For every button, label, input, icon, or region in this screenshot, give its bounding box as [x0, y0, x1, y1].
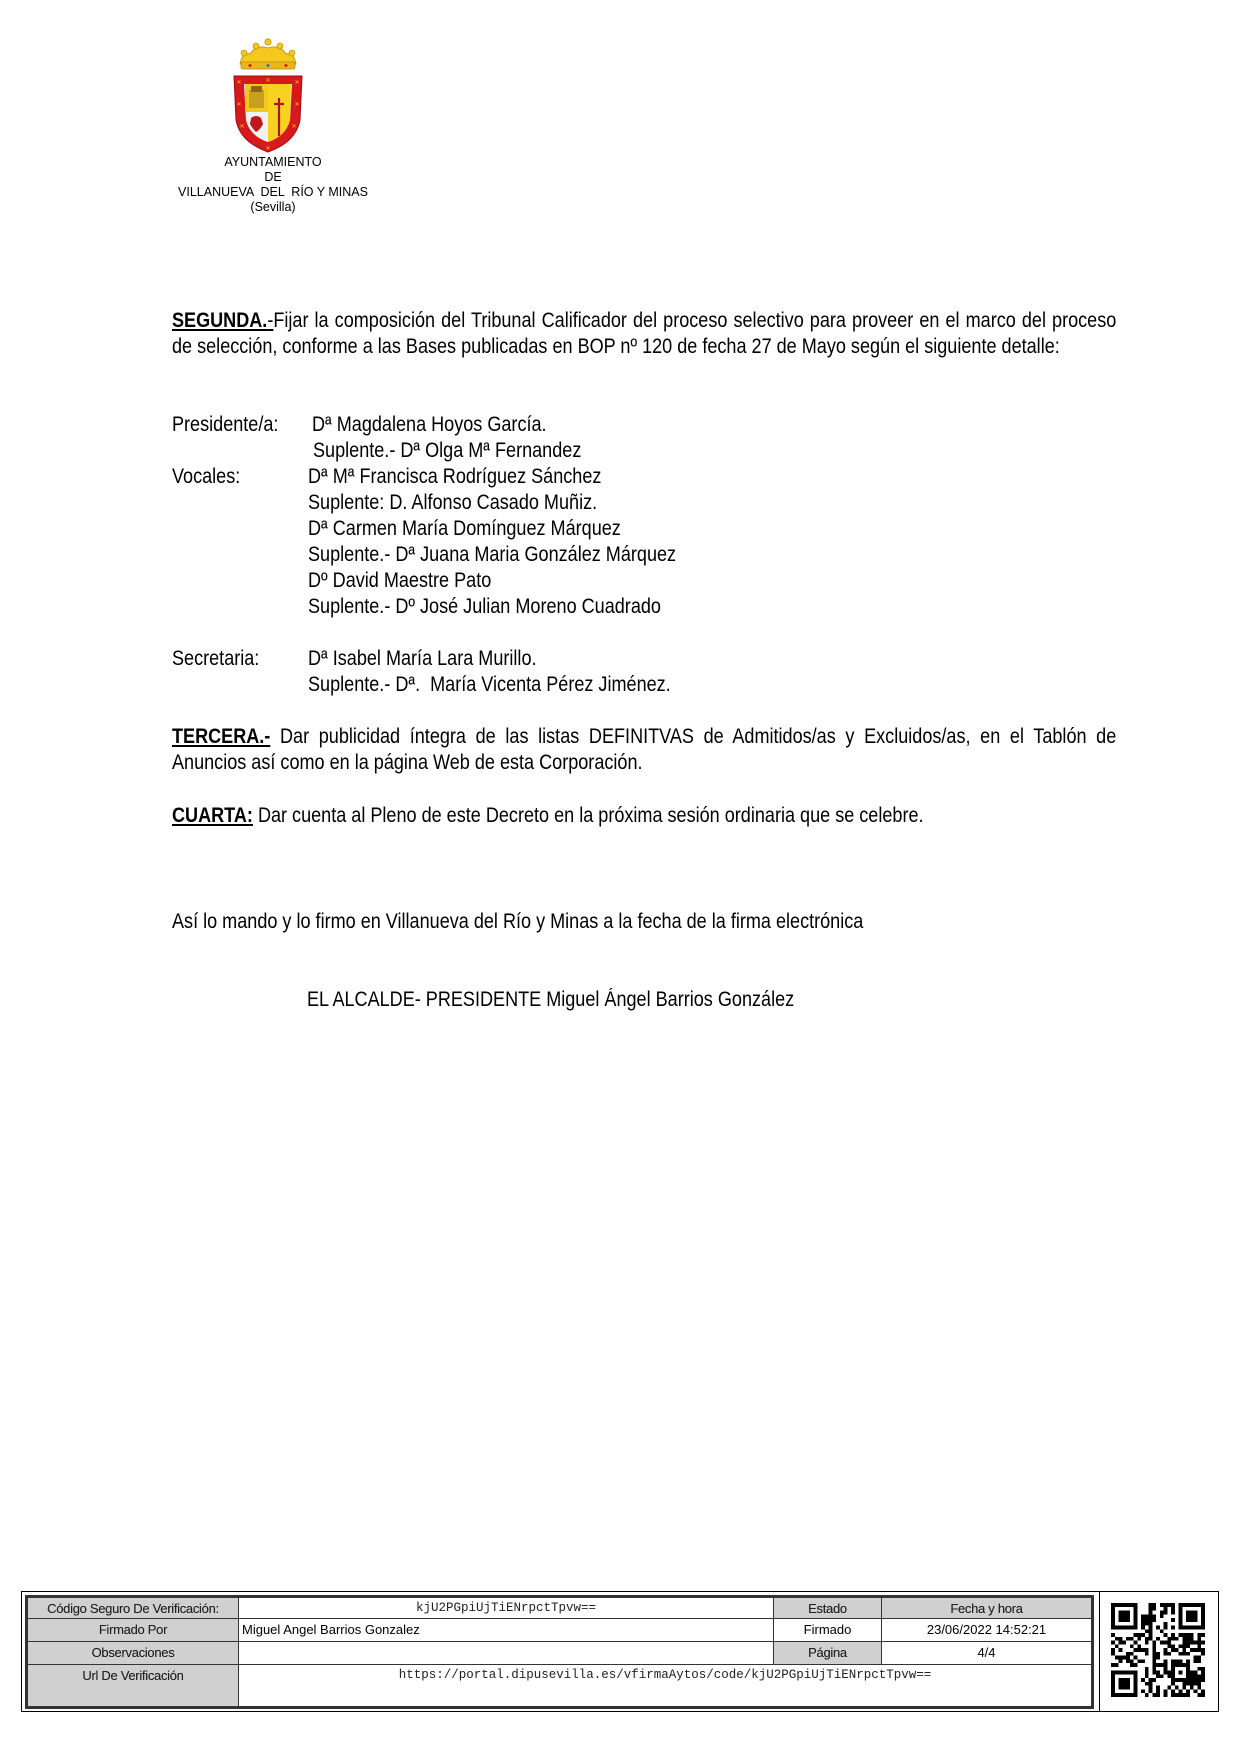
segunda-text: Fijar la composición del Tribunal Califi… [172, 309, 1116, 358]
qr-divider [1099, 1591, 1100, 1712]
crown-icon [240, 39, 296, 69]
closing-statement: Así lo mando y lo firmo en Villanueva de… [172, 909, 863, 935]
svg-text:✕: ✕ [294, 101, 299, 108]
observaciones-label: Observaciones [27, 1641, 239, 1665]
observaciones-value [238, 1641, 774, 1665]
svg-text:✕: ✕ [291, 123, 296, 130]
vocales-label: Vocales: [172, 464, 240, 490]
tercera-paragraph: TERCERA.- Dar publicidad íntegra de las … [172, 724, 1116, 776]
svg-text:✕: ✕ [294, 79, 299, 86]
firmado-por-label: Firmado Por [27, 1618, 239, 1642]
vocal-item: Dº David Maestre Pato [308, 568, 491, 594]
vocal-item: Suplente.- Dª Juana Maria González Márqu… [308, 542, 676, 568]
svg-text:✕: ✕ [265, 77, 270, 84]
tercera-heading: TERCERA.- [172, 725, 270, 748]
cuarta-paragraph: CUARTA: Dar cuenta al Pleno de este Decr… [172, 803, 1116, 829]
segunda-paragraph: SEGUNDA.-Fijar la composición del Tribun… [172, 308, 1116, 360]
qr-code-icon[interactable] [1111, 1603, 1205, 1697]
header-line: (Sevilla) [173, 200, 373, 215]
vocal-item: Dª Carmen María Domínguez Márquez [308, 516, 621, 542]
firmado-por-value: Miguel Angel Barrios Gonzalez [238, 1618, 774, 1642]
fecha-value: 23/06/2022 14:52:21 [881, 1618, 1092, 1642]
presidente-suplente: Suplente.- Dª Olga Mª Fernandez [313, 438, 581, 464]
coat-of-arms-icon: ✕✕✕ ✕✕ ✕✕ ✕ [230, 38, 306, 154]
cuarta-heading: CUARTA: [172, 804, 253, 827]
header-line: AYUNTAMIENTO [173, 155, 373, 170]
pagina-value: 4/4 [881, 1641, 1092, 1665]
vocal-item: Suplente.- Dº José Julian Moreno Cuadrad… [308, 594, 661, 620]
csv-value: kjU2PGpiUjTiENrpctTpvw== [238, 1597, 774, 1619]
header-line: DE [173, 170, 373, 185]
signature-line: EL ALCALDE- PRESIDENTE Miguel Ángel Barr… [307, 987, 794, 1013]
vocal-item: Suplente: D. Alfonso Casado Muñiz. [308, 490, 597, 516]
tercera-text: Dar publicidad íntegra de las listas DEF… [172, 725, 1116, 774]
segunda-heading: SEGUNDA. [172, 309, 267, 332]
svg-text:✕: ✕ [265, 145, 270, 152]
vocal-item: Dª Mª Francisca Rodríguez Sánchez [308, 464, 601, 490]
url-value[interactable]: https://portal.dipusevilla.es/vfirmaAyto… [238, 1664, 1092, 1707]
header-line: VILLANUEVA DEL RÍO Y MINAS [173, 185, 373, 200]
presidente-name: Dª Magdalena Hoyos García. [312, 412, 547, 438]
fecha-label: Fecha y hora [881, 1597, 1092, 1619]
estado-label: Estado [773, 1597, 882, 1619]
secretaria-label: Secretaria: [172, 646, 259, 672]
svg-text:✕: ✕ [236, 101, 241, 108]
url-label: Url De Verificación [27, 1664, 239, 1707]
presidente-label: Presidente/a: [172, 412, 278, 438]
estado-value: Firmado [773, 1618, 882, 1642]
svg-text:✕: ✕ [239, 123, 244, 130]
svg-text:✕: ✕ [236, 79, 241, 86]
csv-label: Código Seguro De Verificación: [27, 1597, 239, 1619]
secretaria-suplente: Suplente.- Dª. María Vicenta Pérez Jimén… [308, 672, 671, 698]
cuarta-text: Dar cuenta al Pleno de este Decreto en l… [253, 804, 924, 827]
municipality-header: AYUNTAMIENTO DE VILLANUEVA DEL RÍO Y MIN… [173, 155, 373, 215]
pagina-label: Página [773, 1641, 882, 1665]
secretaria-name: Dª Isabel María Lara Murillo. [308, 646, 537, 672]
